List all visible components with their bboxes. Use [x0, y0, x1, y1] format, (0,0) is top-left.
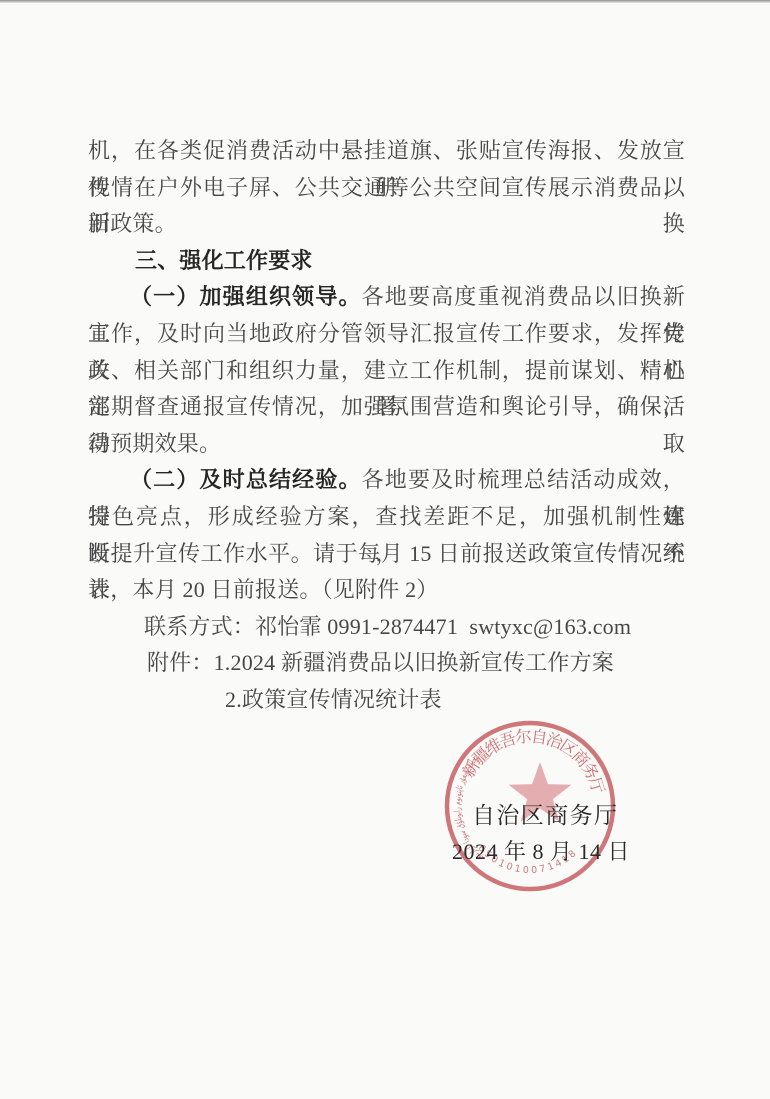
text-line: 定期督查通报宣传情况，加强氛围营造和舆论引导，确保活动取 — [88, 389, 685, 426]
text-line: 表，本月 20 日前报送。（见附件 2） — [88, 572, 685, 609]
scanned-document-page: 机，在各类促消费活动中悬挂道旗、张贴宣传海报、发放宣传册， 视情在户外电子屏、公… — [0, 0, 770, 1099]
text-line: 视情在户外电子屏、公共交通等公共空间宣传展示消费品以旧换 — [88, 170, 685, 207]
text-line: 断提升宣传工作水平。请于每月 15 日前报送政策宣传情况统计 — [88, 536, 685, 573]
signature-org: 自治区商务厅 — [472, 797, 618, 830]
text-line: 特色亮点，形成经验方案，查找差距不足，加强机制性建设，不 — [88, 499, 685, 536]
text-line: （二）及时总结经验。各地要及时梳理总结活动成效，提炼 — [88, 462, 685, 499]
attachment-line-2: 2.政策宣传情况统计表 — [88, 682, 685, 719]
text-line: 关、相关部门和组织力量，建立工作机制，提前谋划、精心部署， — [88, 353, 685, 390]
text-line: （一）加强组织领导。各地要高度重视消费品以旧换新宣传 — [88, 279, 685, 316]
attachment-line-1: 附件：1.2024 新疆消费品以旧换新宣传工作方案 — [88, 645, 685, 682]
text-line: 机，在各类促消费活动中悬挂道旗、张贴宣传海报、发放宣传册， — [88, 133, 685, 170]
contact-line: 联系方式：祁怡霏 0991-2874471 swtyxc@163.com — [88, 609, 685, 646]
section-heading: 三、强化工作要求 — [88, 243, 685, 280]
scan-top-edge — [0, 0, 770, 3]
document-body: 机，在各类促消费活动中悬挂道旗、张贴宣传海报、发放宣传册， 视情在户外电子屏、公… — [88, 133, 685, 719]
signature-date: 2024 年 8 月 14 日 — [452, 835, 630, 866]
text-line: 工作，及时向当地政府分管领导汇报宣传工作要求，发挥党政机 — [88, 316, 685, 353]
